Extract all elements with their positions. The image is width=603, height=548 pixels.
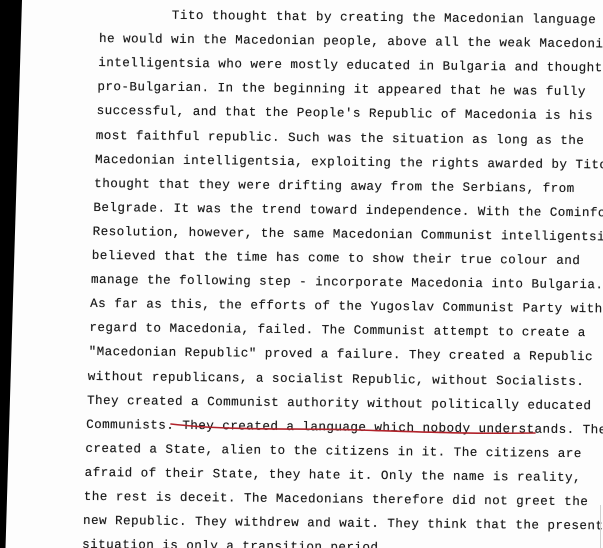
text-line: without republicans, a socialist Republi… [88,369,585,388]
text-line: the rest is deceit. The Macedonians ther… [84,490,589,509]
text-line: believed that the time has come to show … [92,249,581,268]
text-line: he would win the Macedonian people, abov… [99,32,603,51]
text-line: afraid of their State, they hate it. Onl… [85,466,582,485]
text-line: "Macedonian Republic" proved a failure. … [89,345,594,364]
text-line: manage the following step - incorporate … [91,273,603,292]
text-line: intelligentsia who were mostly educated … [98,56,603,75]
paragraph-first-line: Tito thought that by creating the Macedo… [172,9,597,27]
text-line: As far as this, the efforts of the Yugos… [90,297,603,316]
text-line: Macedonian intelligentsia, exploiting th… [95,153,603,172]
text-line: They created a Communist authority witho… [87,393,592,412]
text-line: Resolution, however, the same Macedonian… [93,225,603,244]
text-line: thought that they were drifting away fro… [94,177,575,196]
typewritten-text-block: Tito thought that by creating the Macedo… [0,0,603,548]
scanned-document-page: ‾ ‾ ‾ ‾ ‾ ‾ ‾ ‾ ‾ ‾ ‾ ‾ ‾ ‾ ‾ ‾ ‾ ‾ Tito… [0,0,603,548]
text-line: Communists. They created a language whic… [86,418,603,438]
text-line: pro-Bulgarian. In the beginning it appea… [97,80,586,99]
text-line: situation is only a transition period. [82,538,386,548]
text-line: most faithful republic. Such was the sit… [96,128,585,147]
text-line: created a State, alien to the citizens i… [85,442,582,461]
text-line: new Republic. They withdrew and wait. Th… [83,514,603,533]
scan-edge-mark [600,505,601,548]
text-line: regard to Macedonia, failed. The Communi… [89,321,586,340]
text-line: Belgrade. It was the trend toward indepe… [93,201,603,221]
text-line: successful, and that the People's Republ… [97,104,594,123]
